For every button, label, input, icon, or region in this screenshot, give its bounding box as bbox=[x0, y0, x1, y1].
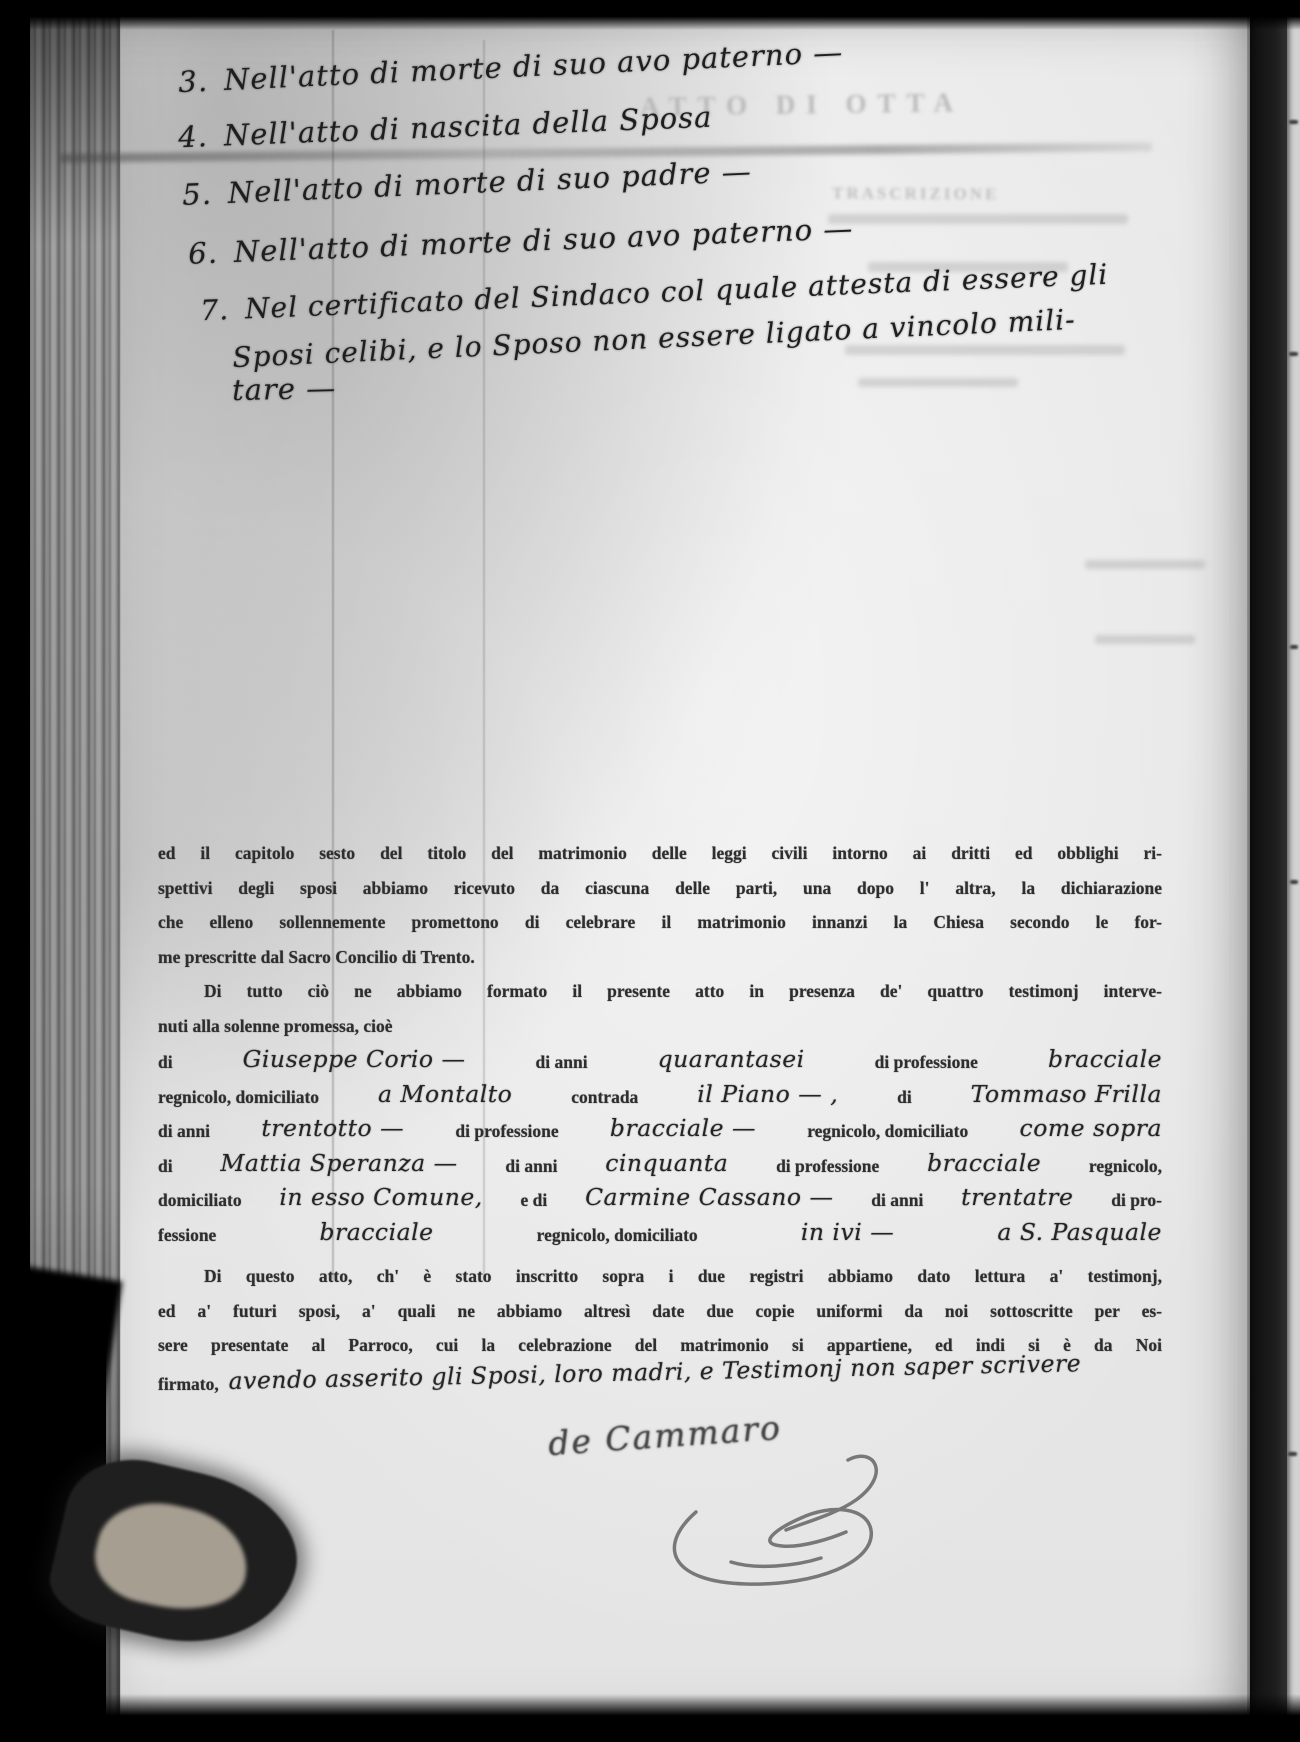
top-black-margin bbox=[0, 0, 1300, 30]
handwritten-item-text: tare — bbox=[232, 371, 337, 407]
scanned-marriage-record: ATTO DI OTTA TRASCRIZIONE 3.Nell'atto di… bbox=[0, 0, 1300, 1742]
handwritten-segment: Carmine Cassano — bbox=[585, 1180, 833, 1215]
handwritten-segment: trentotto — bbox=[261, 1111, 404, 1146]
handwritten-item-number: 5. bbox=[182, 177, 213, 212]
printed-segment: regnicolo, domiciliato bbox=[807, 1114, 968, 1149]
handwritten-segment: in ivi — bbox=[801, 1215, 894, 1250]
printed-segment: di anni bbox=[158, 1114, 210, 1149]
printed-segment: regnicolo, domiciliato bbox=[158, 1080, 319, 1115]
handwritten-item-number: 3. bbox=[178, 64, 209, 99]
edge-mark bbox=[1289, 352, 1298, 356]
witness-line: regnicolo, domiciliatoa Montaltocontrada… bbox=[158, 1078, 1162, 1113]
printed-line: ed il capitolo sesto del titolo del matr… bbox=[158, 836, 1162, 871]
printed-segment: di professione bbox=[875, 1045, 978, 1080]
handwritten-item-number: 7. bbox=[200, 293, 230, 327]
printed-segment: regnicolo, bbox=[1089, 1149, 1162, 1184]
edge-mark bbox=[1289, 120, 1298, 124]
witness-line: di annitrentotto —di professionebraccial… bbox=[158, 1112, 1162, 1147]
witness-line: diGiuseppe Corio —di anniquarantaseidi p… bbox=[158, 1043, 1162, 1078]
printed-segment: fessione bbox=[158, 1218, 216, 1253]
handwritten-segment: bracciale bbox=[1048, 1042, 1162, 1077]
handwritten-segment: bracciale — bbox=[610, 1111, 756, 1146]
handwritten-segment: a S. Pasquale bbox=[997, 1215, 1162, 1250]
bleedthrough-bar bbox=[858, 378, 1018, 387]
printed-segment: di pro- bbox=[1111, 1183, 1162, 1218]
printed-line: che elleno sollennemente promettono di c… bbox=[158, 905, 1162, 940]
witness-lines: diGiuseppe Corio —di anniquarantaseidi p… bbox=[158, 1043, 1162, 1250]
paragraph-witness-intro: Di tutto ciò ne abbiamo formato il prese… bbox=[158, 974, 1162, 1043]
printed-line: ed a' futuri sposi, a' quali ne abbiamo … bbox=[158, 1294, 1162, 1329]
handwritten-segment: bracciale bbox=[927, 1146, 1041, 1181]
handwritten-item-number: 6. bbox=[188, 236, 219, 271]
printed-line: Di questo atto, ch' è stato inscritto so… bbox=[158, 1259, 1162, 1294]
printed-text-column: ed il capitolo sesto del titolo del matr… bbox=[158, 836, 1162, 1401]
closing-line: firmato, avendo asserito gli Sposi, loro… bbox=[158, 1365, 1162, 1401]
handwritten-segment: cinquanta bbox=[605, 1146, 728, 1181]
printed-segment: di anni bbox=[871, 1183, 923, 1218]
witness-line: domiciliatoin esso Comune,e diCarmine Ca… bbox=[158, 1181, 1162, 1216]
handwritten-segment: come sopra bbox=[1020, 1111, 1162, 1146]
printed-segment: di anni bbox=[505, 1149, 557, 1184]
handwritten-segment: il Piano — , bbox=[697, 1077, 838, 1112]
handwritten-segment: a Montalto bbox=[378, 1077, 512, 1112]
handwritten-segment: Giuseppe Corio — bbox=[243, 1042, 466, 1077]
printed-segment: di professione bbox=[776, 1149, 879, 1184]
printed-line: me prescritte dal Sacro Concilio di Tren… bbox=[158, 940, 1162, 975]
handwritten-item-number: 4. bbox=[178, 119, 209, 154]
handwritten-segment: bracciale bbox=[319, 1215, 433, 1250]
printed-segment: di bbox=[158, 1045, 173, 1080]
edge-mark bbox=[1288, 1452, 1297, 1456]
handwritten-line: tare — bbox=[232, 371, 337, 407]
bleedthrough-bar bbox=[1085, 560, 1205, 569]
paragraph-civil-code: ed il capitolo sesto del titolo del matr… bbox=[158, 836, 1162, 974]
handwritten-segment: Mattia Speranza — bbox=[220, 1146, 457, 1181]
handwritten-segment: in esso Comune, bbox=[279, 1180, 482, 1215]
printed-segment: contrada bbox=[571, 1080, 638, 1115]
bottom-black-margin bbox=[0, 1694, 1300, 1742]
bleedthrough-bar bbox=[845, 345, 1125, 355]
witness-line: diMattia Speranza —di annicinquantadi pr… bbox=[158, 1147, 1162, 1182]
printed-segment: di bbox=[158, 1149, 173, 1184]
next-page-sliver bbox=[1287, 0, 1300, 1742]
edge-mark bbox=[1290, 880, 1298, 884]
edge-mark bbox=[1290, 645, 1298, 649]
signature-flourish bbox=[636, 1452, 906, 1612]
handwritten-segment: quarantasei bbox=[658, 1042, 805, 1077]
handwritten-segment: Tommaso Frilla bbox=[971, 1077, 1162, 1112]
printed-line: Di tutto ciò ne abbiamo formato il prese… bbox=[158, 974, 1162, 1009]
right-page-edge-shadow bbox=[1247, 0, 1287, 1742]
printed-line: spettivi degli sposi abbiamo ricevuto da… bbox=[158, 871, 1162, 906]
printed-line: nuti alla solenne promessa, cioè bbox=[158, 1009, 1162, 1044]
bleedthrough-subtitle: TRASCRIZIONE bbox=[832, 183, 999, 204]
printed-segment: e di bbox=[521, 1183, 548, 1218]
witness-line: fessionebraccialeregnicolo, domiciliatoi… bbox=[158, 1216, 1162, 1251]
printed-segment: domiciliato bbox=[158, 1183, 242, 1218]
bleedthrough-bar bbox=[828, 214, 1128, 224]
printed-segment: di bbox=[897, 1080, 912, 1115]
printed-segment: regnicolo, domiciliato bbox=[537, 1218, 698, 1253]
printed-segment: di anni bbox=[536, 1045, 588, 1080]
bleedthrough-bar bbox=[1095, 635, 1195, 644]
printed-segment: di professione bbox=[455, 1114, 558, 1149]
closing-printed-word: firmato, bbox=[158, 1367, 219, 1402]
handwritten-segment: trentatre bbox=[961, 1180, 1073, 1215]
